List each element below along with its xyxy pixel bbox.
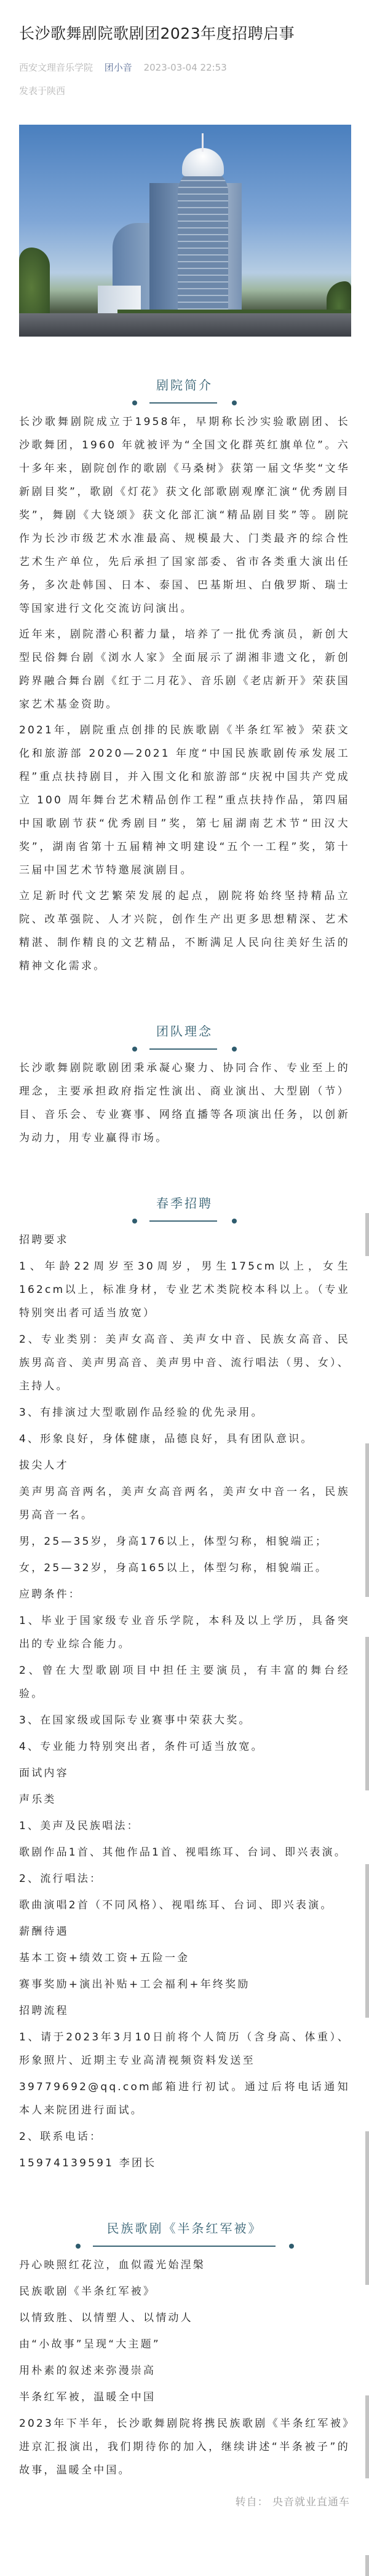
opera-line: 半条红军被，温暖全中国 — [19, 2386, 350, 2409]
recruit-subheading: 声乐类 — [19, 1788, 350, 1811]
publish-datetime: 2023-03-04 22:53 — [144, 62, 227, 73]
section-heading-team: 团队理念 — [19, 1022, 350, 1053]
scrollbar-thumb[interactable] — [365, 2555, 369, 2576]
dot-icon — [232, 1047, 237, 1052]
recruit-line: 歌剧作品1首、其他作品1首、视唱练耳、台词、即兴表演。 — [19, 1841, 350, 1864]
recruit-line: 赛事奖励+演出补贴+工会福利+年终奖励 — [19, 1973, 350, 1996]
heading-decoration — [132, 399, 237, 407]
dot-icon — [289, 2244, 294, 2249]
dot-icon — [76, 2244, 81, 2249]
recruit-line: 2、流行唱法： — [19, 1867, 350, 1891]
heading-decoration — [76, 2242, 294, 2250]
article-meta: 西安文理音乐学院 团小音 2023-03-04 22:53 发表于陕西 — [19, 61, 350, 98]
opera-line: 以情致胜、以情塑人、以情动人 — [19, 2306, 350, 2330]
building-dome-shape — [182, 148, 224, 176]
recruit-line: 基本工资+绩效工资+五险一金 — [19, 1946, 350, 1970]
section-title: 春季招聘 — [19, 1194, 350, 1212]
scrollbar-thumb[interactable] — [365, 2395, 369, 2478]
opera-body: 丹心映照红花泣，血似霞光始涅槃 民族歌剧《半条红军被》 以情致胜、以情塑人、以情… — [19, 2254, 350, 2482]
recruit-subheading: 面试内容 — [19, 1762, 350, 1785]
recruit-line: 4、形象良好，身体健康，品德良好，具有团队意识。 — [19, 1427, 350, 1451]
section-heading-opera: 民族歌剧《半条红军被》 — [19, 2219, 350, 2250]
paragraph: 2021年，剧院重点创排的民族歌剧《半条红军被》荣获文化和旅游部 2020—20… — [19, 719, 350, 882]
road-shape — [19, 313, 351, 337]
recruit-line: 1、美声及民族唱法： — [19, 1814, 350, 1838]
opera-line: 民族歌剧《半条红军被》 — [19, 2280, 350, 2303]
scrollbar-thumb[interactable] — [365, 1213, 369, 1256]
recruit-line: 1、年龄22周岁至30周岁，男生175cm以上，女生162cm以上，标准身材，专… — [19, 1255, 350, 1325]
section-title: 民族歌剧《半条红军被》 — [19, 2219, 350, 2238]
reprint-source: 转自： 央音就业直通车 — [19, 2493, 350, 2508]
recruit-subheading: 拔尖人才 — [19, 1454, 350, 1477]
divider-line — [93, 2246, 276, 2247]
scrollbar-thumb[interactable] — [365, 1864, 369, 2018]
recruit-line: 2、曾在大型歌剧项目中担任主要演员，有丰富的舞台经验。 — [19, 1659, 350, 1706]
paragraph: 立足新时代文艺繁荣发展的起点，剧院将始终坚持精品立院、改革强院、人才兴院，创作生… — [19, 884, 350, 978]
recruit-line: 女，25—32岁，身高165以上，体型匀称，相貌端正。 — [19, 1556, 350, 1580]
scrollbar-thumb[interactable] — [365, 1637, 369, 1790]
recruit-line: 1、毕业于国家级专业音乐学院，本科及以上学历，具备突出的专业综合能力。 — [19, 1609, 350, 1656]
recruit-line: 4、专业能力特别突出者，条件可适当放宽。 — [19, 1735, 350, 1758]
divider-line — [149, 1048, 217, 1050]
recruit-subheading: 应聘条件： — [19, 1583, 350, 1606]
opera-line: 用朴素的叙述来弥漫崇高 — [19, 2359, 350, 2383]
recruit-line: 男，25—35岁，身高176以上，体型匀称，相貌端正； — [19, 1530, 350, 1553]
recruit-subheading: 薪酬待遇 — [19, 1920, 350, 1943]
opera-line: 2023年下半年，长沙歌舞剧院将携民族歌剧《半条红军被》进京汇报演出，我们期待你… — [19, 2412, 350, 2482]
recruit-line: 1、请于2023年3月10日前将个人简历（含身高、体重）、形象照片、近期主专业高… — [19, 2026, 350, 2072]
building-spire-shape — [202, 133, 204, 152]
divider-line — [149, 402, 217, 404]
section-heading-recruit: 春季招聘 — [19, 1194, 350, 1225]
scrollbar-thumb[interactable] — [365, 1443, 369, 1597]
contact-phone-line[interactable]: 15974139591 李团长 — [19, 2152, 350, 2175]
intro-body: 长沙歌舞剧院成立于1958年，早期称长沙实验歌剧团、长沙歌舞团，1960 年就被… — [19, 410, 350, 978]
paragraph: 近年来，剧院潜心积蓄力量，培养了一批优秀演员，新创大型民俗舞台剧《浏水人家》全面… — [19, 623, 350, 716]
dot-icon — [232, 1219, 237, 1224]
dot-icon — [132, 1219, 137, 1224]
author-link[interactable]: 团小音 — [105, 62, 132, 73]
recruit-line: 2、联系电话： — [19, 2125, 350, 2149]
dot-icon — [132, 400, 137, 405]
hero-image[interactable] — [19, 125, 351, 337]
recruit-line: 3、有排演过大型歌剧作品经验的优先录用。 — [19, 1401, 350, 1424]
divider-line — [149, 1220, 217, 1222]
section-heading-intro: 剧院简介 — [19, 376, 350, 407]
recruit-line: 歌曲演唱2首（不同风格）、视唱练耳、台词、即兴表演。 — [19, 1894, 350, 1917]
recruit-subheading: 招聘流程 — [19, 1999, 350, 2023]
publish-location: 发表于陕西 — [19, 84, 341, 98]
opera-line: 由“小故事”呈现“大主题” — [19, 2333, 350, 2356]
article: 长沙歌舞剧院歌剧团2023年度招聘启事 西安文理音乐学院 团小音 2023-03… — [0, 0, 369, 2508]
paragraph: 长沙歌舞剧院成立于1958年，早期称长沙实验歌剧团、长沙歌舞团，1960 年就被… — [19, 410, 350, 620]
heading-decoration — [132, 1217, 237, 1225]
recruit-line: 2、专业类别：美声女高音、美声女中音、民族女高音、民族男高音、美声男高音、美声男… — [19, 1328, 350, 1398]
recruit-line: 3、在国家级或国际专业赛事中荣获大奖。 — [19, 1709, 350, 1732]
section-title: 剧院简介 — [19, 376, 350, 394]
heading-decoration — [132, 1045, 237, 1053]
building-tower-shape — [178, 168, 228, 334]
dot-icon — [232, 400, 237, 405]
contact-email-line[interactable]: 39779692@qq.com邮箱进行初试。通过后将电话通知本人来院团进行面试。 — [19, 2075, 350, 2122]
recruit-line: 美声男高音两名，美声女高音两名，美声女中音一名，民族男高音一名。 — [19, 1480, 350, 1527]
paragraph: 长沙歌舞剧院歌剧团秉承凝心聚力、协同合作、专业至上的理念，主要承担政府指定性演出… — [19, 1056, 350, 1150]
team-body: 长沙歌舞剧院歌剧团秉承凝心聚力、协同合作、专业至上的理念，主要承担政府指定性演出… — [19, 1056, 350, 1150]
opera-line: 丹心映照红花泣，血似霞光始涅槃 — [19, 2254, 350, 2277]
scrollbar-thumb[interactable] — [365, 2131, 369, 2285]
dot-icon — [132, 1047, 137, 1052]
source-account[interactable]: 西安文理音乐学院 — [19, 62, 93, 73]
recruit-subheading: 招聘要求 — [19, 1228, 350, 1252]
recruit-body: 招聘要求 1、年龄22周岁至30周岁，男生175cm以上，女生162cm以上，标… — [19, 1228, 350, 2175]
section-title: 团队理念 — [19, 1022, 350, 1040]
article-title: 长沙歌舞剧院歌剧团2023年度招聘启事 — [19, 0, 350, 47]
